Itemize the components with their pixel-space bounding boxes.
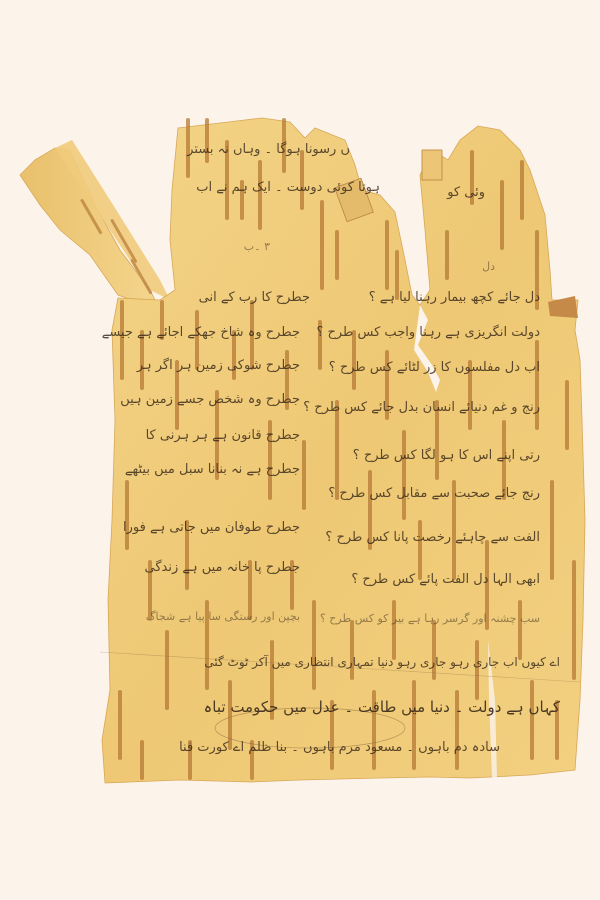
text-line: دل: [482, 260, 495, 273]
text-line: ہوتا کوئی دوست ۔ ایک ہم نے اب: [196, 180, 380, 195]
manuscript-photo: ں رسونا ہوگا ۔ وہاں نہ بستر ہوتا کوئی دو…: [0, 0, 600, 900]
right-column-line: رنج و غم دنیائے انسان بدل جائے کس طرح ؟: [303, 400, 540, 415]
left-column-line: جطرح طوفان میں جاتی ہے فورا: [123, 520, 300, 535]
text-line: ں رسونا ہوگا ۔ وہاں نہ بستر: [187, 142, 350, 157]
right-column-line: دولت انگریزی ہے رہنا واجب کس طرح ؟: [316, 325, 540, 340]
left-column-line: جطرح قانون ہے ہر ہرنی کا: [146, 428, 300, 443]
left-column-line: جطرح وہ شاخ جھکے اجائے ہے جیسے: [102, 325, 300, 340]
left-column-line: جطرح پا خانہ میں ہے زندگی: [145, 560, 301, 575]
corner-tab: [548, 296, 578, 318]
bottom-line: اے کیوں اب جاری رہو جاری رہو دنیا تمہاری…: [204, 655, 560, 669]
left-column-line: جطرح ہے نہ بنانا سبل میں بیٹھے: [125, 462, 300, 477]
right-column-line: سب چشنہ اور گرسر رہا ہے بیر کو کس طرح ؟: [320, 612, 540, 625]
left-column-line: جطرح کا رب کے انی: [199, 290, 310, 305]
right-column-line: رتی اپنے اس کا ہو لگا کس طرح ؟: [353, 448, 540, 463]
left-column-line: جطرح وہ شخص جسے زمین ہیں: [120, 392, 300, 407]
right-column-line: دل جائے کچھ بیمار رہنا لیا ہے ؟: [369, 290, 540, 305]
text-line: ۳ ۔ب: [244, 240, 270, 253]
left-column-line: جطرح شوکی زمین ہر اگر ہر: [137, 358, 300, 373]
left-column-line: بچپن اور رستگی سا پیا ہے شجاگ: [146, 610, 300, 623]
right-column-line: الفت سے چاہئے رخصت پانا کس طرح ؟: [325, 530, 540, 545]
text-line: وئی کو: [447, 185, 485, 200]
right-column-line: اب دل مفلسوں کا زر لٹائے کس طرح ؟: [329, 360, 540, 375]
bottom-line: سادہ دم باہوں ۔ مسعود مرم باہوں ۔ بنا ظل…: [179, 740, 500, 755]
right-column-line: رنج جائے صحبت سے مقابل کس طرح ؟: [328, 486, 540, 501]
bottom-line: کہاں ہے دولت ۔ دنیا میں طاقت ۔ عدل میں ح…: [203, 698, 560, 716]
right-column-line: ابھی الہا دل الفت پائے کس طرح ؟: [351, 572, 540, 587]
